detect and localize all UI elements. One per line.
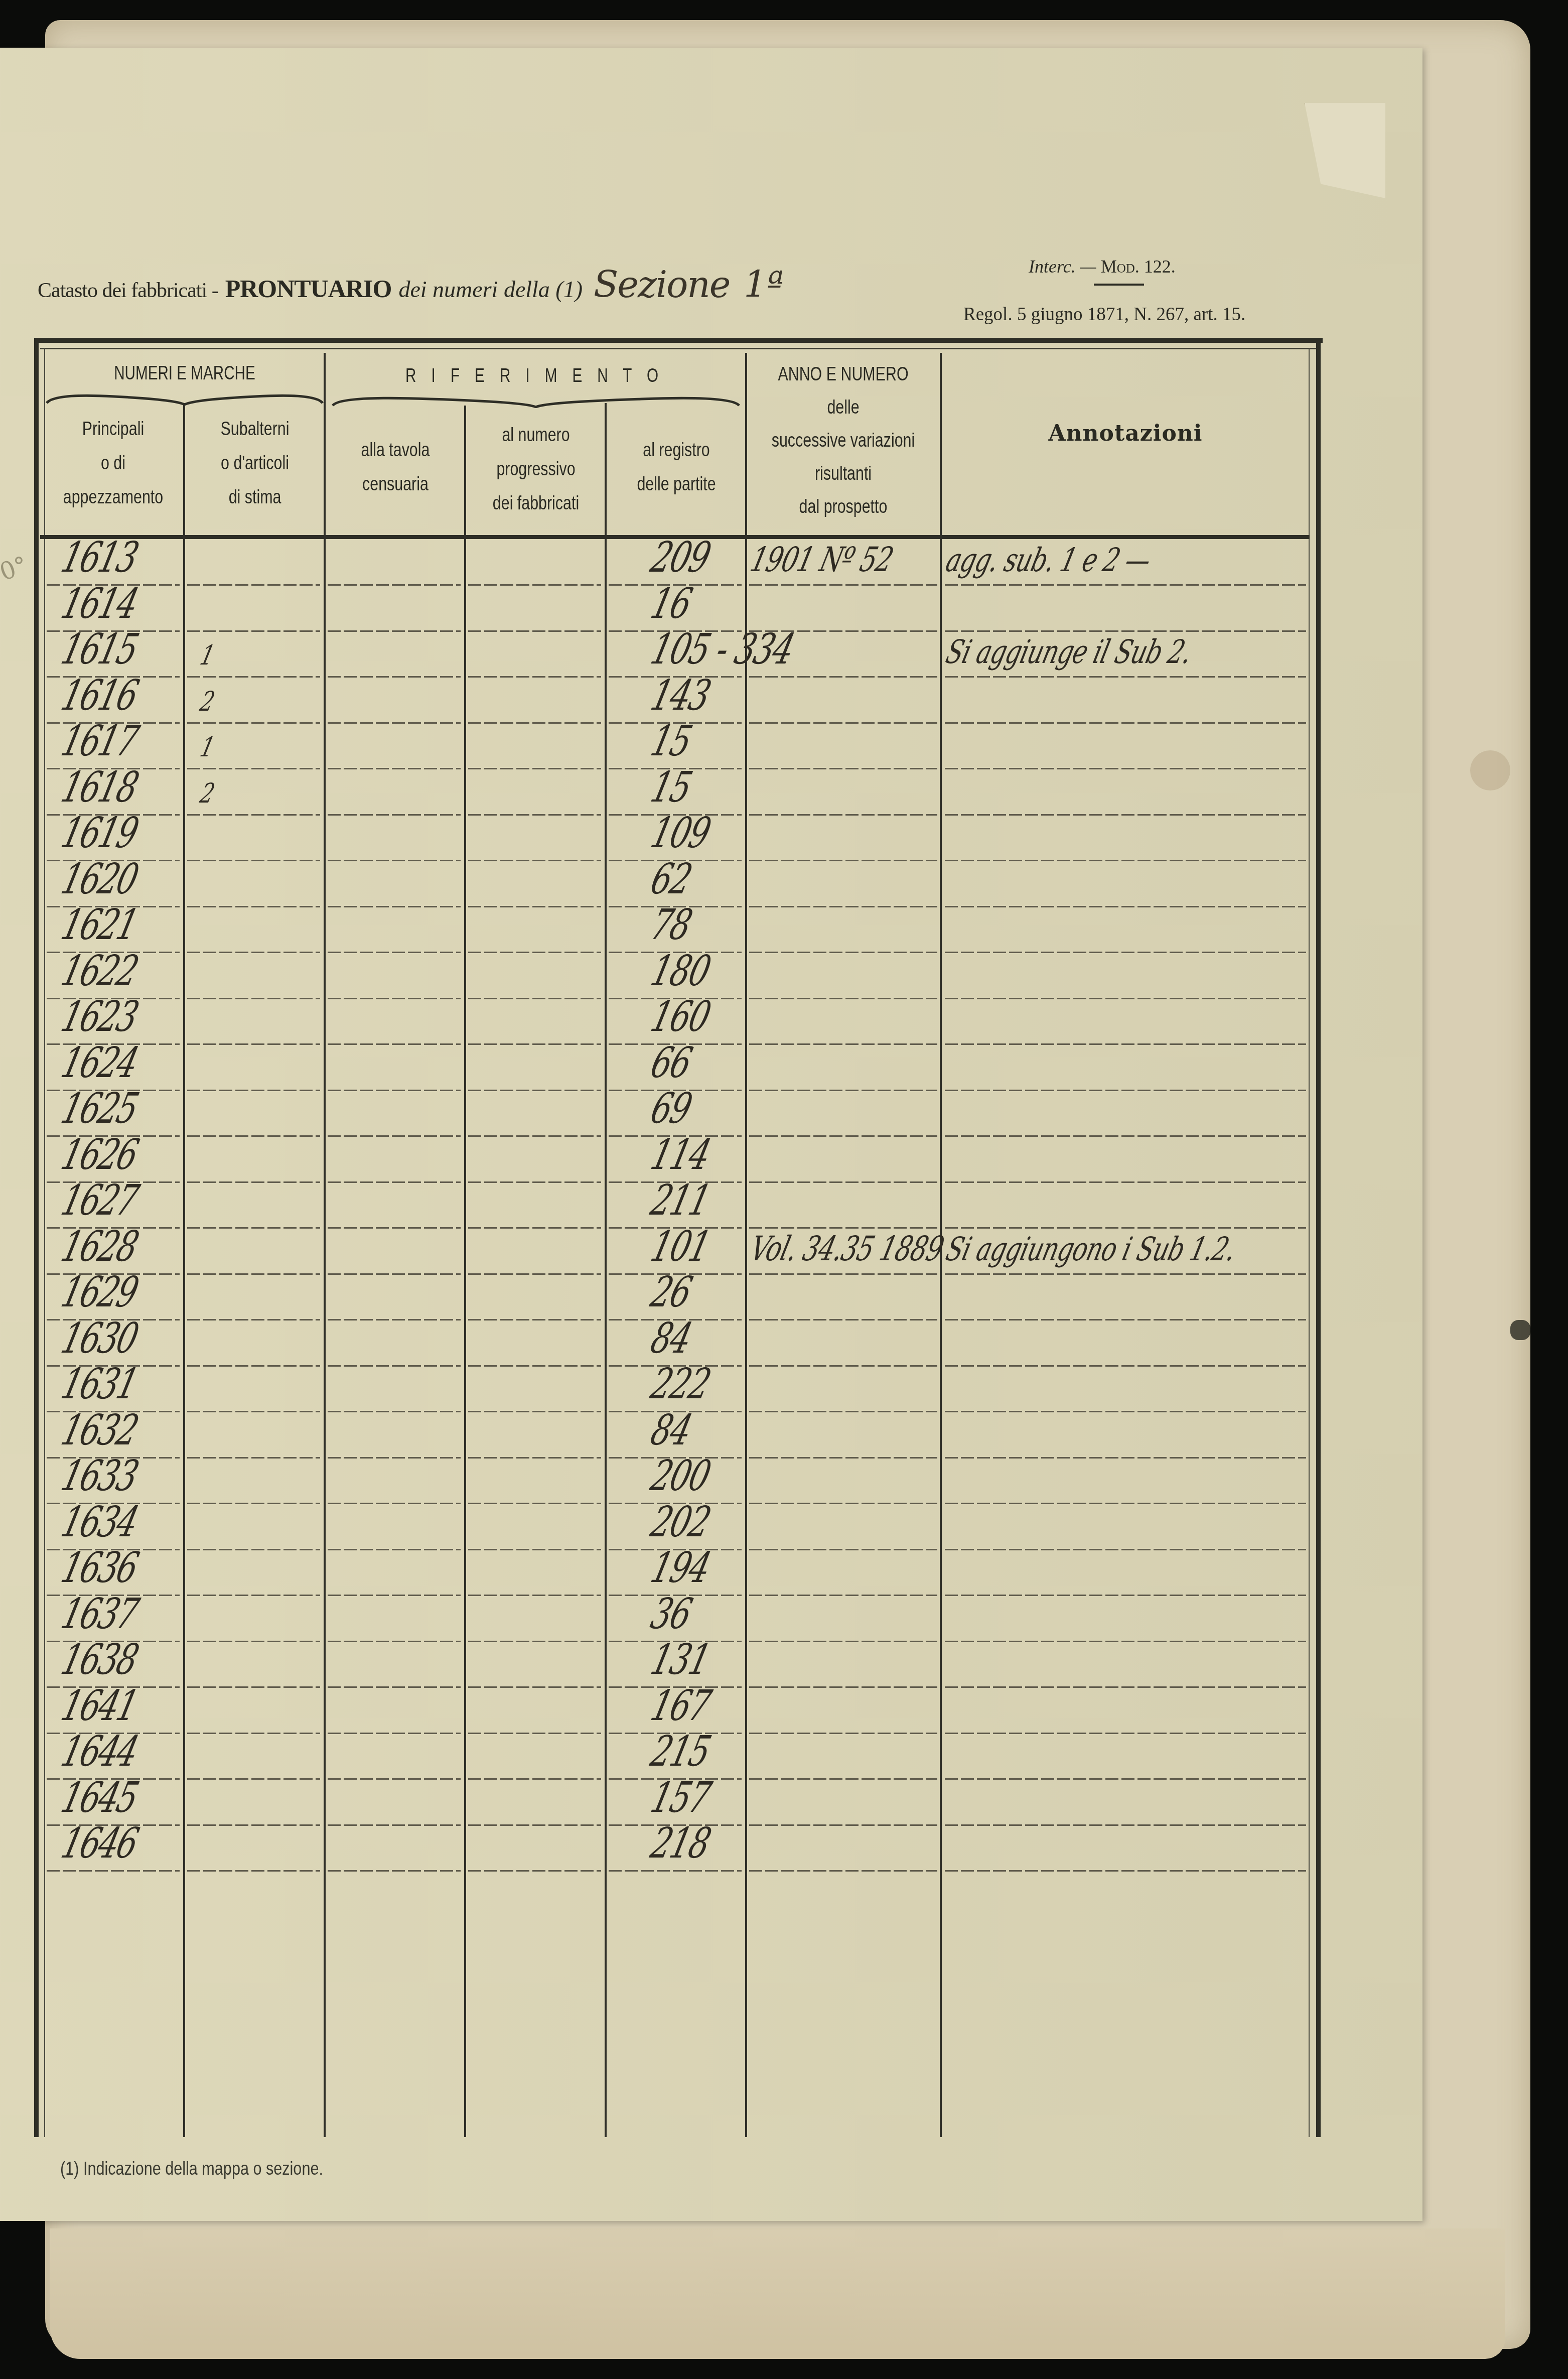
row-rule [468, 1319, 601, 1320]
cell-principali: 1619 [57, 808, 142, 857]
row-rule [749, 906, 937, 907]
row-rule [945, 814, 1306, 816]
cell-annotazioni: Si aggiungono i Sub 1.2. [942, 1230, 1239, 1268]
cell-registro: 160 [646, 991, 715, 1041]
row-rule [187, 676, 320, 678]
row-rule [945, 1319, 1306, 1320]
table-row: 1646 218 [34, 1827, 1319, 1873]
cell-registro: 211 [646, 1175, 715, 1225]
row-rule [468, 1273, 601, 1275]
row-rule [749, 1411, 937, 1412]
row-rule [468, 906, 601, 907]
cell-principali: 1626 [57, 1129, 142, 1179]
row-rule [328, 1090, 461, 1091]
row-rule [328, 952, 461, 953]
row-rule [468, 1824, 601, 1826]
cell-subalterni: 2 [197, 686, 218, 717]
row-rule [468, 1870, 601, 1872]
row-rule [945, 1457, 1306, 1459]
row-rule [468, 1503, 601, 1504]
row-rule [749, 1227, 937, 1229]
row-rule [749, 952, 937, 953]
cell-registro: 202 [646, 1497, 715, 1546]
stain [1470, 750, 1510, 790]
row-rule [187, 1181, 320, 1183]
row-rule [187, 1686, 320, 1688]
row-rule [328, 1181, 461, 1183]
row-rule [328, 1503, 461, 1504]
row-rule [328, 1457, 461, 1459]
row-rule [328, 584, 461, 586]
cell-principali: 1628 [57, 1221, 142, 1271]
row-rule [187, 814, 320, 816]
row-rule [187, 1595, 320, 1596]
row-rule [187, 1457, 320, 1459]
row-rule [187, 1135, 320, 1137]
row-rule [187, 906, 320, 907]
regulation-reference: Regol. 5 giugno 1871, N. 267, art. 15. [963, 304, 1245, 325]
prontuario-table: NUMERI E MARCHE R I F E R I M E N T O Pr… [34, 338, 1324, 2137]
row-rule [187, 1319, 320, 1320]
row-rule [749, 676, 937, 678]
row-rule [749, 1090, 937, 1091]
row-rule [468, 1227, 601, 1229]
row-rule [945, 1778, 1306, 1780]
ink-blot [1510, 1320, 1530, 1340]
cell-principali: 1622 [57, 946, 142, 995]
row-rule [945, 1090, 1306, 1091]
cell-anno-numero: Vol. 34.35 1889 [747, 1229, 947, 1268]
folded-corner [1305, 103, 1385, 198]
cell-annotazioni: agg. sub. 1 e 2 — [942, 541, 1154, 579]
row-rule [468, 1135, 601, 1137]
cell-registro: 209 [646, 532, 715, 582]
row-rule [328, 630, 461, 632]
col-tavola-censuaria: alla tavola censuaria [325, 433, 466, 501]
col-numero-progressivo: al numero progressivo dei fabbricati [466, 418, 606, 520]
row-rule [945, 1595, 1306, 1596]
row-rule [328, 1595, 461, 1596]
col-principali: Principali o di appezzamento [42, 412, 185, 514]
header-catasto: Catasto dei fabbricati - [38, 279, 218, 303]
row-rule [187, 1870, 320, 1872]
row-rule [945, 1411, 1306, 1412]
row-rule [945, 1503, 1306, 1504]
row-rule [328, 1778, 461, 1780]
row-rule [468, 860, 601, 861]
form-code-prefix: Interc. — [1029, 256, 1096, 277]
cell-anno-numero: 1901 Nº 52 [747, 540, 897, 579]
cell-principali: 1623 [57, 991, 142, 1041]
brace-icon [330, 393, 742, 408]
cell-principali: 1614 [57, 578, 142, 628]
row-rule [328, 860, 461, 861]
row-rule [468, 1641, 601, 1642]
row-rule [468, 814, 601, 816]
cell-principali: 1646 [57, 1818, 142, 1868]
row-rule [749, 860, 937, 861]
cell-principali: 1645 [57, 1772, 142, 1822]
row-rule [468, 1778, 601, 1780]
row-rule [187, 860, 320, 861]
row-rule [328, 1365, 461, 1367]
row-rule [468, 676, 601, 678]
row-rule [945, 1181, 1306, 1183]
header-dei-numeri: dei numeri della (1) [398, 276, 583, 303]
cell-principali: 1613 [57, 532, 142, 582]
cell-subalterni: 1 [197, 732, 218, 763]
cell-registro: 200 [646, 1450, 715, 1500]
footnote: (1) Indicazione della mappa o sezione. [60, 2158, 323, 2179]
row-rule [945, 906, 1306, 907]
row-rule [749, 998, 937, 999]
form-code: Interc. — Mod. 122. [1029, 256, 1176, 277]
row-rule [945, 952, 1306, 953]
row-rule [187, 1733, 320, 1734]
row-rule [328, 906, 461, 907]
cell-registro: 222 [646, 1359, 715, 1408]
row-rule [328, 722, 461, 724]
cell-registro: 109 [646, 808, 715, 857]
back-sheet-bottom-edge [50, 2228, 1505, 2359]
row-rule [749, 584, 937, 586]
cell-registro: 180 [646, 946, 715, 995]
row-rule [945, 1227, 1306, 1229]
row-rule [945, 1273, 1306, 1275]
row-rule [749, 1043, 937, 1045]
row-rule [468, 1549, 601, 1550]
row-rule [749, 1319, 937, 1320]
cell-principali: 1632 [57, 1405, 142, 1455]
row-rule [328, 1227, 461, 1229]
col-anno-numero: ANNO E NUMERO delle successive variazion… [747, 358, 940, 523]
row-rule [749, 1778, 937, 1780]
row-rule [749, 1641, 937, 1642]
row-rule [749, 1824, 937, 1826]
row-rule [945, 676, 1306, 678]
row-rule [945, 1733, 1306, 1734]
cell-principali: 1629 [57, 1267, 142, 1316]
cell-principali: 1631 [57, 1359, 142, 1408]
row-rule [945, 1549, 1306, 1550]
row-rule [945, 998, 1306, 999]
cell-registro: 143 [646, 670, 715, 720]
row-rule [468, 1090, 601, 1091]
group-riferimento: R I F E R I M E N T O [371, 365, 698, 387]
row-rule [468, 1457, 601, 1459]
row-rule [47, 1870, 180, 1872]
row-rule [945, 860, 1306, 861]
cell-principali: 1641 [57, 1680, 142, 1730]
cell-registro: 167 [646, 1680, 715, 1730]
document-page: 0° Catasto dei fabbricati - PRONTUARIO d… [0, 48, 1422, 2221]
row-rule [187, 1043, 320, 1045]
row-rule [945, 1686, 1306, 1688]
row-rule [328, 1273, 461, 1275]
row-rule [945, 1641, 1306, 1642]
row-rule [187, 1503, 320, 1504]
row-rule [187, 630, 320, 632]
row-rule [187, 952, 320, 953]
row-rule [945, 768, 1306, 769]
row-rule [187, 1549, 320, 1550]
cell-principali: 1634 [57, 1497, 142, 1546]
row-rule [328, 1870, 461, 1872]
row-rule [945, 1365, 1306, 1367]
cell-registro: 105 - 334 [646, 624, 799, 674]
row-rule [468, 768, 601, 769]
row-rule [945, 722, 1306, 724]
row-rule [187, 1824, 320, 1826]
row-rule [187, 1641, 320, 1642]
row-rule [328, 814, 461, 816]
row-rule [187, 1778, 320, 1780]
row-rule [749, 1181, 937, 1183]
cell-registro: 114 [646, 1129, 715, 1179]
row-rule [945, 1824, 1306, 1826]
row-rule [187, 1090, 320, 1091]
cell-principali: 1637 [57, 1589, 142, 1638]
col-registro-partite: al registro delle partite [606, 433, 747, 501]
row-rule [187, 584, 320, 586]
col-subalterni: Subalterni o d'articoli di stima [185, 412, 325, 514]
row-rule [328, 1043, 461, 1045]
header-prontuario: PRONTUARIO [225, 274, 392, 303]
cell-registro: 215 [646, 1726, 715, 1776]
row-rule [749, 1503, 937, 1504]
cell-principali: 1621 [57, 899, 142, 949]
row-rule [328, 1319, 461, 1320]
form-code-rule [1094, 284, 1144, 286]
row-rule [328, 768, 461, 769]
row-rule [468, 584, 601, 586]
row-rule [328, 998, 461, 999]
row-rule [187, 768, 320, 769]
row-rule [187, 1273, 320, 1275]
row-rule [328, 1411, 461, 1412]
margin-note: 0° [0, 551, 31, 586]
row-rule [468, 630, 601, 632]
col-annotazioni: Annotazioni [942, 421, 1309, 446]
row-rule [468, 1411, 601, 1412]
row-rule [328, 1824, 461, 1826]
cell-principali: 1618 [57, 762, 142, 812]
row-rule [945, 630, 1306, 632]
cell-principali: 1620 [57, 854, 142, 903]
row-rule [468, 1181, 601, 1183]
row-rule [328, 1549, 461, 1550]
row-rule [187, 998, 320, 999]
row-rule [328, 676, 461, 678]
cell-principali: 1638 [57, 1634, 142, 1684]
cell-registro: 131 [646, 1634, 715, 1684]
table-border-top-inner [40, 348, 1317, 349]
cell-principali: 1630 [57, 1313, 142, 1363]
row-rule [749, 1733, 937, 1734]
row-rule [945, 1870, 1306, 1872]
brace-icon [44, 390, 325, 406]
row-rule [468, 998, 601, 999]
form-code-number: Mod. 122. [1101, 256, 1176, 277]
row-rule [749, 1273, 937, 1275]
row-rule [328, 1733, 461, 1734]
row-rule [468, 1043, 601, 1045]
cell-principali: 1636 [57, 1542, 142, 1592]
row-rule [749, 722, 937, 724]
row-rule [328, 1686, 461, 1688]
cell-principali: 1617 [57, 716, 142, 765]
row-rule [187, 1227, 320, 1229]
cell-annotazioni: Si aggiunge il Sub 2. [942, 633, 1196, 671]
group-numeri-e-marche: NUMERI E MARCHE [75, 363, 295, 384]
cell-principali: 1615 [57, 624, 142, 674]
row-rule [468, 1733, 601, 1734]
cell-principali: 1625 [57, 1083, 142, 1133]
row-rule [328, 1135, 461, 1137]
cell-principali: 1633 [57, 1450, 142, 1500]
row-rule [749, 1365, 937, 1367]
row-rule [749, 1549, 937, 1550]
cell-principali: 1616 [57, 670, 142, 720]
row-rule [749, 1686, 937, 1688]
header-sezione-number: 1ª [744, 263, 784, 306]
row-rule [749, 1870, 937, 1872]
row-rule [187, 722, 320, 724]
row-rule [749, 814, 937, 816]
row-rule [187, 1411, 320, 1412]
row-rule [749, 1457, 937, 1459]
row-rule [749, 1135, 937, 1137]
header-sezione-handwritten: Sezione [594, 263, 730, 306]
row-rule [468, 1686, 601, 1688]
cell-principali: 1627 [57, 1175, 142, 1225]
row-rule [468, 1595, 601, 1596]
row-rule [328, 1641, 461, 1642]
cell-subalterni: 1 [197, 640, 218, 671]
row-rule [187, 1365, 320, 1367]
row-rule [749, 1595, 937, 1596]
row-rule [945, 1043, 1306, 1045]
cell-registro: 218 [646, 1818, 715, 1868]
row-rule [468, 952, 601, 953]
cell-registro: 157 [646, 1772, 715, 1822]
table-border-top [34, 338, 1323, 343]
cell-registro: 101 [646, 1221, 715, 1271]
row-rule [468, 722, 601, 724]
cell-principali: 1624 [57, 1037, 142, 1087]
row-rule [945, 1135, 1306, 1137]
row-rule [945, 584, 1306, 586]
row-rule [609, 1870, 742, 1872]
row-rule [749, 768, 937, 769]
cell-registro: 194 [646, 1542, 715, 1592]
cell-principali: 1644 [57, 1726, 142, 1776]
row-rule [468, 1365, 601, 1367]
cell-subalterni: 2 [197, 777, 218, 809]
